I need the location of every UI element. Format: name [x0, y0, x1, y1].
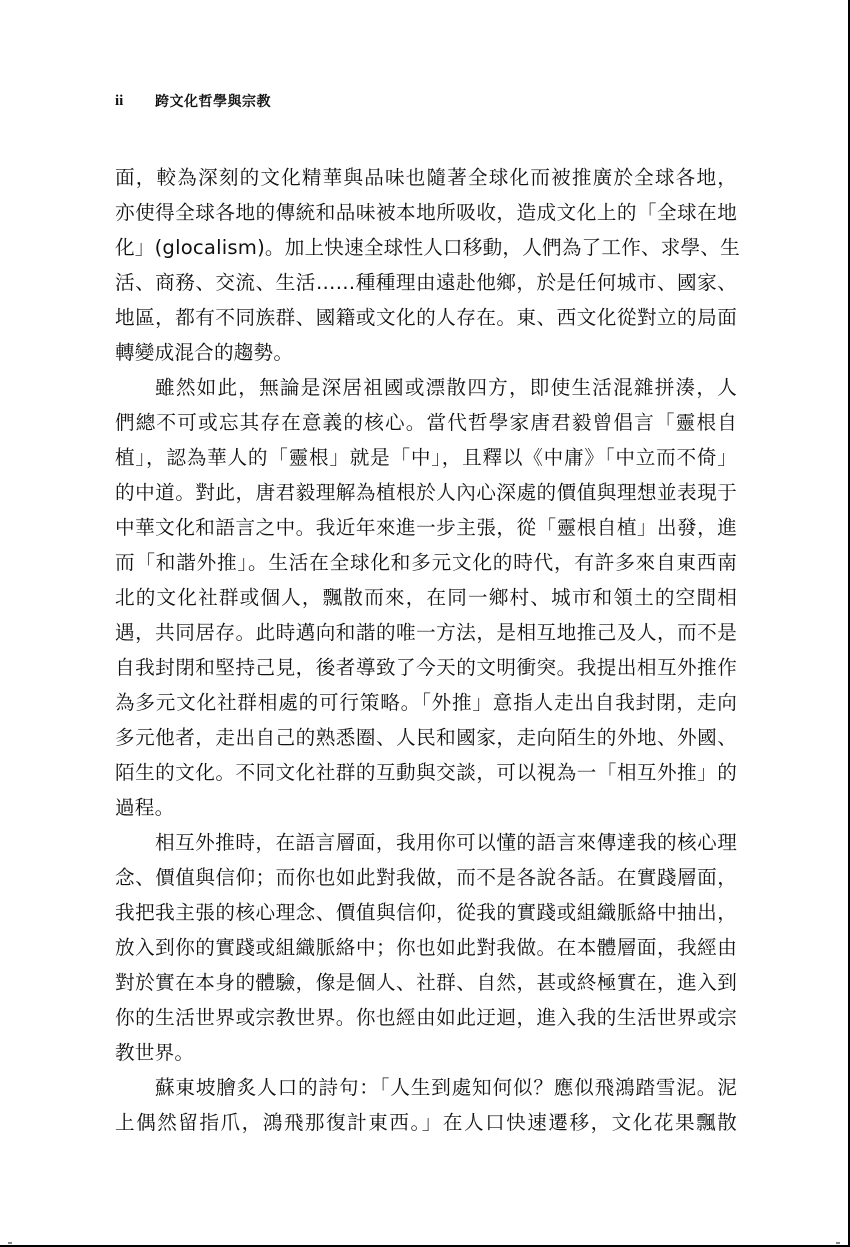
text-line: 遇，共同居存。此時邁向和諧的唯一方法，是相互地推己及人，而不是 — [115, 615, 737, 650]
text-line: 放入到你的實踐或組織脈絡中；你也如此對我做。在本體層面，我經由 — [115, 930, 737, 965]
text-line: 過程。 — [115, 790, 737, 825]
running-header: ii 跨文化哲學與宗教 — [115, 90, 271, 112]
text-line: 教世界。 — [115, 1035, 737, 1070]
text-line: 地區，都有不同族群、國籍或文化的人存在。東、西文化從對立的局面 — [115, 300, 737, 335]
text-line: 上偶然留指爪，鴻飛那復計東西。」在人口快速遷移，文化花果飄散 — [115, 1105, 737, 1140]
text-line: 自我封閉和堅持己見，後者導致了今天的文明衝突。我提出相互外推作 — [115, 650, 737, 685]
text-line: 植」，認為華人的「靈根」就是「中」，且釋以《中庸》「中立而不倚」 — [115, 440, 737, 475]
text-line: 念、價值與信仰；而你也如此對我做，而不是各說各話。在實踐層面， — [115, 860, 737, 895]
text-line: 相互外推時，在語言層面，我用你可以懂的語言來傳達我的核心理 — [115, 825, 737, 860]
crop-mark-bottom-right — [836, 1242, 840, 1244]
text-line: 我把我主張的核心理念、價值與信仰，從我的實踐或組織脈絡中抽出， — [115, 895, 737, 930]
paragraph: 蘇東坡膾炙人口的詩句：「人生到處知何似？應似飛鴻踏雪泥。泥上偶然留指爪，鴻飛那復… — [115, 1070, 737, 1140]
crop-mark-bottom-left — [8, 1242, 12, 1244]
book-page: ii 跨文化哲學與宗教 面，較為深刻的文化精華與品味也隨著全球化而被推廣於全球各… — [0, 0, 850, 1247]
text-line: 活、商務、交流、生活……種種理由遠赴他鄉，於是任何城市、國家、 — [115, 265, 737, 300]
paragraph: 相互外推時，在語言層面，我用你可以懂的語言來傳達我的核心理念、價值與信仰；而你也… — [115, 825, 737, 1070]
text-line: 雖然如此，無論是深居祖國或漂散四方，即使生活混雜拼湊，人 — [115, 370, 737, 405]
page-number: ii — [115, 93, 155, 110]
text-line: 轉變成混合的趨勢。 — [115, 335, 737, 370]
text-line: 中華文化和語言之中。我近年來進一步主張，從「靈根自植」出發，進 — [115, 510, 737, 545]
book-title: 跨文化哲學與宗教 — [155, 91, 271, 111]
body-text: 面，較為深刻的文化精華與品味也隨著全球化而被推廣於全球各地，亦使得全球各地的傳統… — [115, 160, 737, 1140]
text-line: 化」(glocalism)。加上快速全球性人口移動，人們為了工作、求學、生 — [115, 230, 737, 265]
text-line: 蘇東坡膾炙人口的詩句：「人生到處知何似？應似飛鴻踏雪泥。泥 — [115, 1070, 737, 1105]
text-line: 們總不可或忘其存在意義的核心。當代哲學家唐君毅曾倡言「靈根自 — [115, 405, 737, 440]
paragraph: 面，較為深刻的文化精華與品味也隨著全球化而被推廣於全球各地，亦使得全球各地的傳統… — [115, 160, 737, 370]
text-line: 亦使得全球各地的傳統和品味被本地所吸收，造成文化上的「全球在地 — [115, 195, 737, 230]
text-line: 陌生的文化。不同文化社群的互動與交談，可以視為一「相互外推」的 — [115, 755, 737, 790]
text-line: 而「和諧外推」。生活在全球化和多元文化的時代，有許多來自東西南 — [115, 545, 737, 580]
text-line: 的中道。對此，唐君毅理解為植根於人內心深處的價值與理想並表現于 — [115, 475, 737, 510]
text-line: 對於實在本身的體驗，像是個人、社群、自然，甚或終極實在，進入到 — [115, 965, 737, 1000]
text-line: 你的生活世界或宗教世界。你也經由如此迂迴，進入我的生活世界或宗 — [115, 1000, 737, 1035]
paragraph: 雖然如此，無論是深居祖國或漂散四方，即使生活混雜拼湊，人們總不可或忘其存在意義的… — [115, 370, 737, 825]
text-line: 為多元文化社群相處的可行策略。「外推」意指人走出自我封閉，走向 — [115, 685, 737, 720]
text-line: 北的文化社群或個人，飄散而來，在同一鄉村、城市和領土的空間相 — [115, 580, 737, 615]
text-line: 面，較為深刻的文化精華與品味也隨著全球化而被推廣於全球各地， — [115, 160, 737, 195]
text-line: 多元他者，走出自己的熟悉圈、人民和國家，走向陌生的外地、外國、 — [115, 720, 737, 755]
